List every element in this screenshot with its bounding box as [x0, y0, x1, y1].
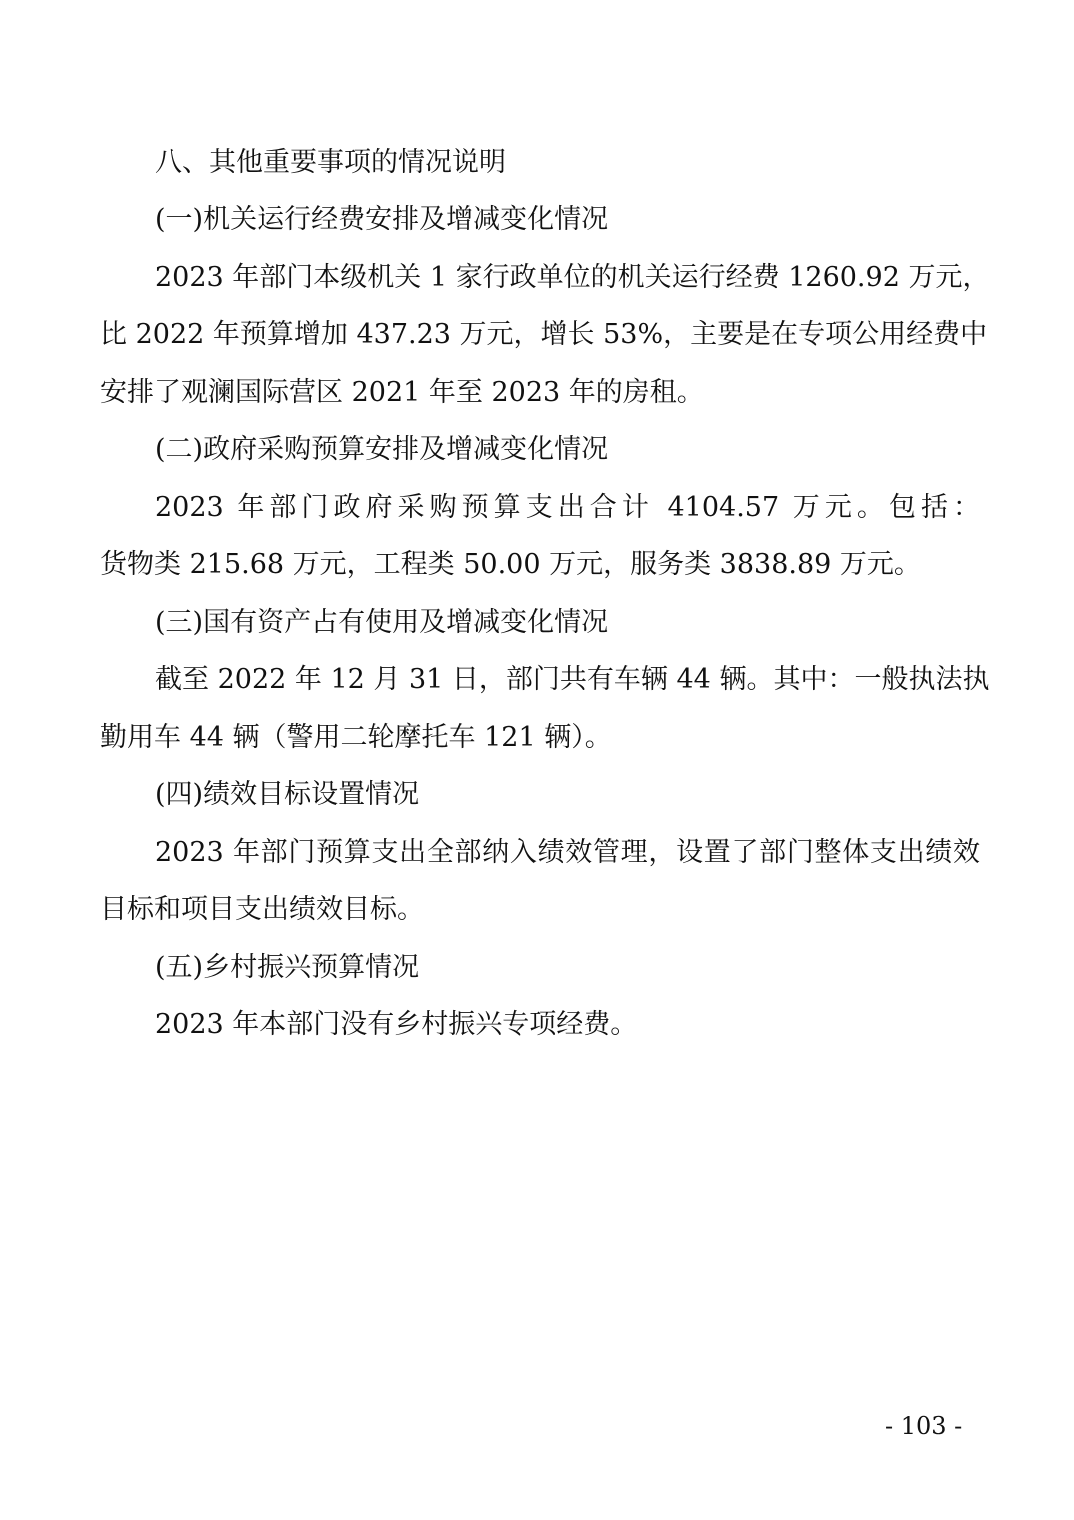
- paragraph-line: 勤用车 44 辆（警用二轮摩托车 121 辆）。: [100, 720, 980, 756]
- subsection-heading-5: (五)乡村振兴预算情况: [155, 950, 980, 986]
- paragraph-line: 2023 年本部门没有乡村振兴专项经费。: [155, 1007, 980, 1043]
- page-number: - 103 -: [885, 1410, 962, 1442]
- paragraph-line: 2023 年部门政府采购预算支出合计 4104.57 万元。包括：: [155, 490, 980, 526]
- subsection-heading-1: (一)机关运行经费安排及增减变化情况: [155, 202, 980, 238]
- paragraph-line: 2023 年部门预算支出全部纳入绩效管理，设置了部门整体支出绩效: [155, 835, 980, 871]
- section-title: 八、其他重要事项的情况说明: [155, 145, 980, 181]
- paragraph-line: 截至 2022 年 12 月 31 日，部门共有车辆 44 辆。其中：一般执法执: [155, 662, 980, 698]
- subsection-heading-2: (二)政府采购预算安排及增减变化情况: [155, 432, 980, 468]
- document-page: 八、其他重要事项的情况说明 (一)机关运行经费安排及增减变化情况 2023 年部…: [0, 0, 1074, 1520]
- subsection-heading-3: (三)国有资产占有使用及增减变化情况: [155, 605, 980, 641]
- paragraph-line: 2023 年部门本级机关 1 家行政单位的机关运行经费 1260.92 万元，: [155, 260, 980, 296]
- paragraph-line: 安排了观澜国际营区 2021 年至 2023 年的房租。: [100, 375, 980, 411]
- paragraph-line: 目标和项目支出绩效目标。: [100, 892, 980, 928]
- subsection-heading-4: (四)绩效目标设置情况: [155, 777, 980, 813]
- paragraph-line: 比 2022 年预算增加 437.23 万元，增长 53%，主要是在专项公用经费…: [100, 317, 980, 353]
- paragraph-line: 货物类 215.68 万元，工程类 50.00 万元，服务类 3838.89 万…: [100, 547, 980, 583]
